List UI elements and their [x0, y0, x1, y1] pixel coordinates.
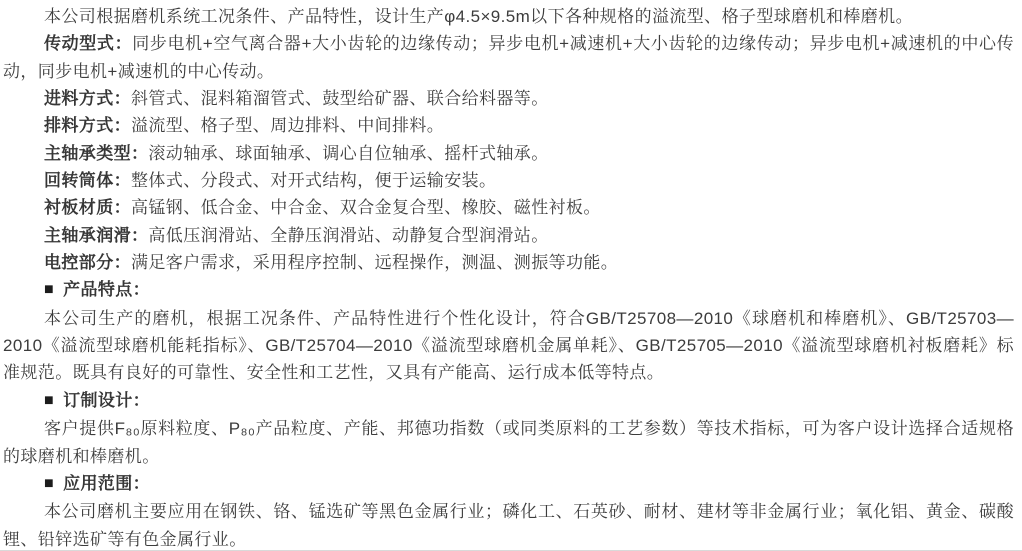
section-heading-product-features: ■产品特点：	[3, 276, 1014, 304]
section-heading-application-scope: ■应用范围：	[3, 470, 1014, 498]
document-body: 本公司根据磨机系统工况条件、产品特性，设计生产φ4.5×9.5m以下各种规格的溢…	[0, 0, 1022, 551]
square-bullet-icon: ■	[44, 276, 54, 303]
spec-electric-control: 电控部分：满足客户需求，采用程序控制、远程操作，测温、测振等功能。	[3, 249, 1014, 276]
spec-transmission-type: 传动型式：同步电机+空气离合器+大小齿轮的边缘传动；异步电机+减速机+大小齿轮的…	[3, 30, 1014, 85]
section-body-custom-design: 客户提供F₈₀原料粒度、P₈₀产品粒度、产能、邦德功指数（或同类原料的工艺参数）…	[3, 415, 1014, 470]
spec-value: 溢流型、格子型、周边排料、中间排料。	[131, 116, 444, 135]
spec-rotary-shell: 回转筒体：整体式、分段式、对开式结构，便于运输安装。	[3, 167, 1014, 194]
section-body-text: 本公司生产的磨机，根据工况条件、产品特性进行个性化设计，符合GB/T25708—…	[3, 309, 1014, 383]
spec-label: 电控部分：	[44, 253, 131, 272]
spec-value: 满足客户需求，采用程序控制、远程操作，测温、测振等功能。	[131, 253, 618, 272]
spec-main-bearing-lubrication: 主轴承润滑：高低压润滑站、全静压润滑站、动静复合型润滑站。	[3, 222, 1014, 249]
spec-feeding-method: 进料方式：斜管式、混料箱溜管式、鼓型给矿器、联合给料器等。	[3, 85, 1014, 112]
section-body-product-features: 本公司生产的磨机，根据工况条件、产品特性进行个性化设计，符合GB/T25708—…	[3, 305, 1014, 387]
spec-label: 回转筒体：	[44, 171, 131, 190]
spec-main-bearing-type: 主轴承类型：滚动轴承、球面轴承、调心自位轴承、摇杆式轴承。	[3, 140, 1014, 167]
spec-value: 滚动轴承、球面轴承、调心自位轴承、摇杆式轴承。	[148, 144, 548, 163]
section-heading-text: 应用范围：	[63, 474, 150, 493]
spec-label: 主轴承润滑：	[44, 226, 148, 245]
section-heading-custom-design: ■订制设计：	[3, 387, 1014, 415]
spec-value: 斜管式、混料箱溜管式、鼓型给矿器、联合给料器等。	[131, 89, 549, 108]
square-bullet-icon: ■	[44, 387, 54, 414]
spec-label: 主轴承类型：	[44, 144, 148, 163]
section-heading-text: 产品特点：	[63, 280, 150, 299]
spec-liner-material: 衬板材质：高锰钢、低合金、中合金、双合金复合型、橡胶、磁性衬板。	[3, 194, 1014, 221]
intro-paragraph: 本公司根据磨机系统工况条件、产品特性，设计生产φ4.5×9.5m以下各种规格的溢…	[3, 3, 1014, 30]
section-body-text: 客户提供F₈₀原料粒度、P₈₀产品粒度、产能、邦德功指数（或同类原料的工艺参数）…	[3, 419, 1014, 465]
spec-value: 同步电机+空气离合器+大小齿轮的边缘传动；异步电机+减速机+大小齿轮的边缘传动；…	[3, 34, 1014, 80]
square-bullet-icon: ■	[44, 470, 54, 497]
spec-label: 传动型式：	[44, 34, 132, 53]
spec-value: 高锰钢、低合金、中合金、双合金复合型、橡胶、磁性衬板。	[131, 198, 601, 217]
spec-value: 高低压润滑站、全静压润滑站、动静复合型润滑站。	[148, 226, 548, 245]
section-heading-text: 订制设计：	[63, 391, 150, 410]
spec-label: 排料方式：	[44, 116, 131, 135]
spec-label: 进料方式：	[44, 89, 131, 108]
spec-label: 衬板材质：	[44, 198, 131, 217]
section-body-application-scope: 本公司磨机主要应用在钢铁、铬、锰选矿等黑色金属行业；磷化工、石英砂、耐材、建材等…	[3, 498, 1014, 551]
section-body-text: 本公司磨机主要应用在钢铁、铬、锰选矿等黑色金属行业；磷化工、石英砂、耐材、建材等…	[3, 502, 1014, 548]
spec-value: 整体式、分段式、对开式结构，便于运输安装。	[131, 171, 496, 190]
spec-discharge-method: 排料方式：溢流型、格子型、周边排料、中间排料。	[3, 112, 1014, 139]
intro-text: 本公司根据磨机系统工况条件、产品特性，设计生产φ4.5×9.5m以下各种规格的溢…	[44, 7, 913, 26]
